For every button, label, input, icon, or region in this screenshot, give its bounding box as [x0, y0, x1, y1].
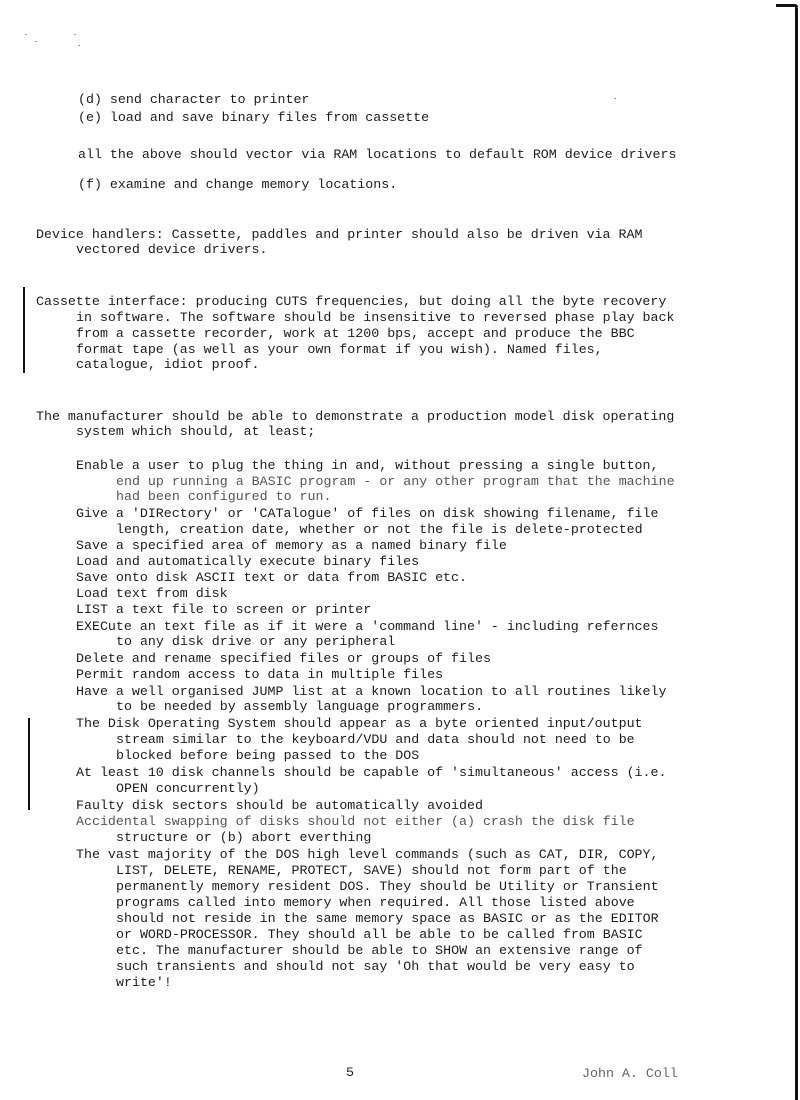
speck [614, 98, 616, 99]
speck [35, 41, 37, 42]
text-line: permanently memory resident DOS. They sh… [116, 879, 659, 895]
text-line: (e) load and save binary files from cass… [78, 110, 429, 126]
text-line: stream similar to the keyboard/VDU and d… [116, 732, 635, 748]
page-number: 5 [346, 1065, 354, 1080]
text-line: Cassette interface: producing CUTS frequ… [36, 294, 666, 310]
text-line: OPEN concurrently) [116, 781, 260, 797]
speck [78, 45, 80, 46]
revision-margin-bar [28, 718, 30, 810]
text-line: should not reside in the same memory spa… [116, 911, 659, 927]
text-line: Accidental swapping of disks should not … [76, 814, 635, 830]
text-line: Load and automatically execute binary fi… [76, 554, 419, 570]
text-line: Faulty disk sectors should be automatica… [76, 798, 483, 814]
text-line: or WORD-PROCESSOR. They should all be ab… [116, 927, 643, 943]
text-line: in software. The software should be inse… [76, 310, 674, 326]
text-line: catalogue, idiot proof. [76, 357, 260, 373]
text-line: The manufacturer should be able to demon… [36, 409, 674, 425]
text-line: At least 10 disk channels should be capa… [76, 765, 666, 781]
text-line: vectored device drivers. [76, 242, 268, 258]
text-line: programs called into memory when require… [116, 895, 635, 911]
text-line: The vast majority of the DOS high level … [76, 847, 659, 863]
text-line: Enable a user to plug the thing in and, … [76, 458, 659, 474]
text-line: length, creation date, whether or not th… [116, 522, 643, 538]
revision-margin-bar [23, 287, 25, 373]
document-page: (d) send character to printer (e) load a… [0, 0, 800, 1100]
text-line: Permit random access to data in multiple… [76, 667, 443, 683]
text-line: Give a 'DIRectory' or 'CATalogue' of fil… [76, 506, 659, 522]
text-line: The Disk Operating System should appear … [76, 716, 643, 732]
text-line: (f) examine and change memory locations. [78, 177, 397, 193]
text-line: LIST, DELETE, RENAME, PROTECT, SAVE) sho… [116, 863, 627, 879]
text-line: Device handlers: Cassette, paddles and p… [36, 227, 642, 243]
text-line: write'! [116, 975, 172, 991]
text-line: such transients and should not say 'Oh t… [116, 959, 635, 975]
text-line: structure or (b) abort everthing [116, 830, 371, 846]
text-line: to any disk drive or any peripheral [116, 634, 395, 650]
text-line: Delete and rename specified files or gro… [76, 651, 491, 667]
speck [74, 34, 76, 35]
text-line: end up running a BASIC program - or any … [116, 474, 675, 490]
text-line: all the above should vector via RAM loca… [78, 147, 676, 163]
text-line: Save a specified area of memory as a nam… [76, 538, 507, 554]
text-line: Save onto disk ASCII text or data from B… [76, 570, 467, 586]
text-line: had been configured to run. [116, 489, 331, 505]
text-line: format tape (as well as your own format … [76, 342, 603, 358]
text-line: to be needed by assembly language progra… [116, 699, 483, 715]
text-line: blocked before being passed to the DOS [116, 748, 419, 764]
author-name: John A. Coll [582, 1066, 678, 1081]
page-edge-right [795, 6, 798, 1100]
text-line: (d) send character to printer [78, 92, 309, 108]
text-line: Load text from disk [76, 586, 228, 602]
text-line: Have a well organised JUMP list at a kno… [76, 684, 666, 700]
text-line: EXECute an text file as if it were a 'co… [76, 619, 659, 635]
speck [25, 34, 27, 35]
text-line: system which should, at least; [76, 424, 315, 440]
text-line: etc. The manufacturer should be able to … [116, 943, 643, 959]
text-line: LIST a text file to screen or printer [76, 602, 371, 618]
text-line: from a cassette recorder, work at 1200 b… [76, 326, 635, 342]
